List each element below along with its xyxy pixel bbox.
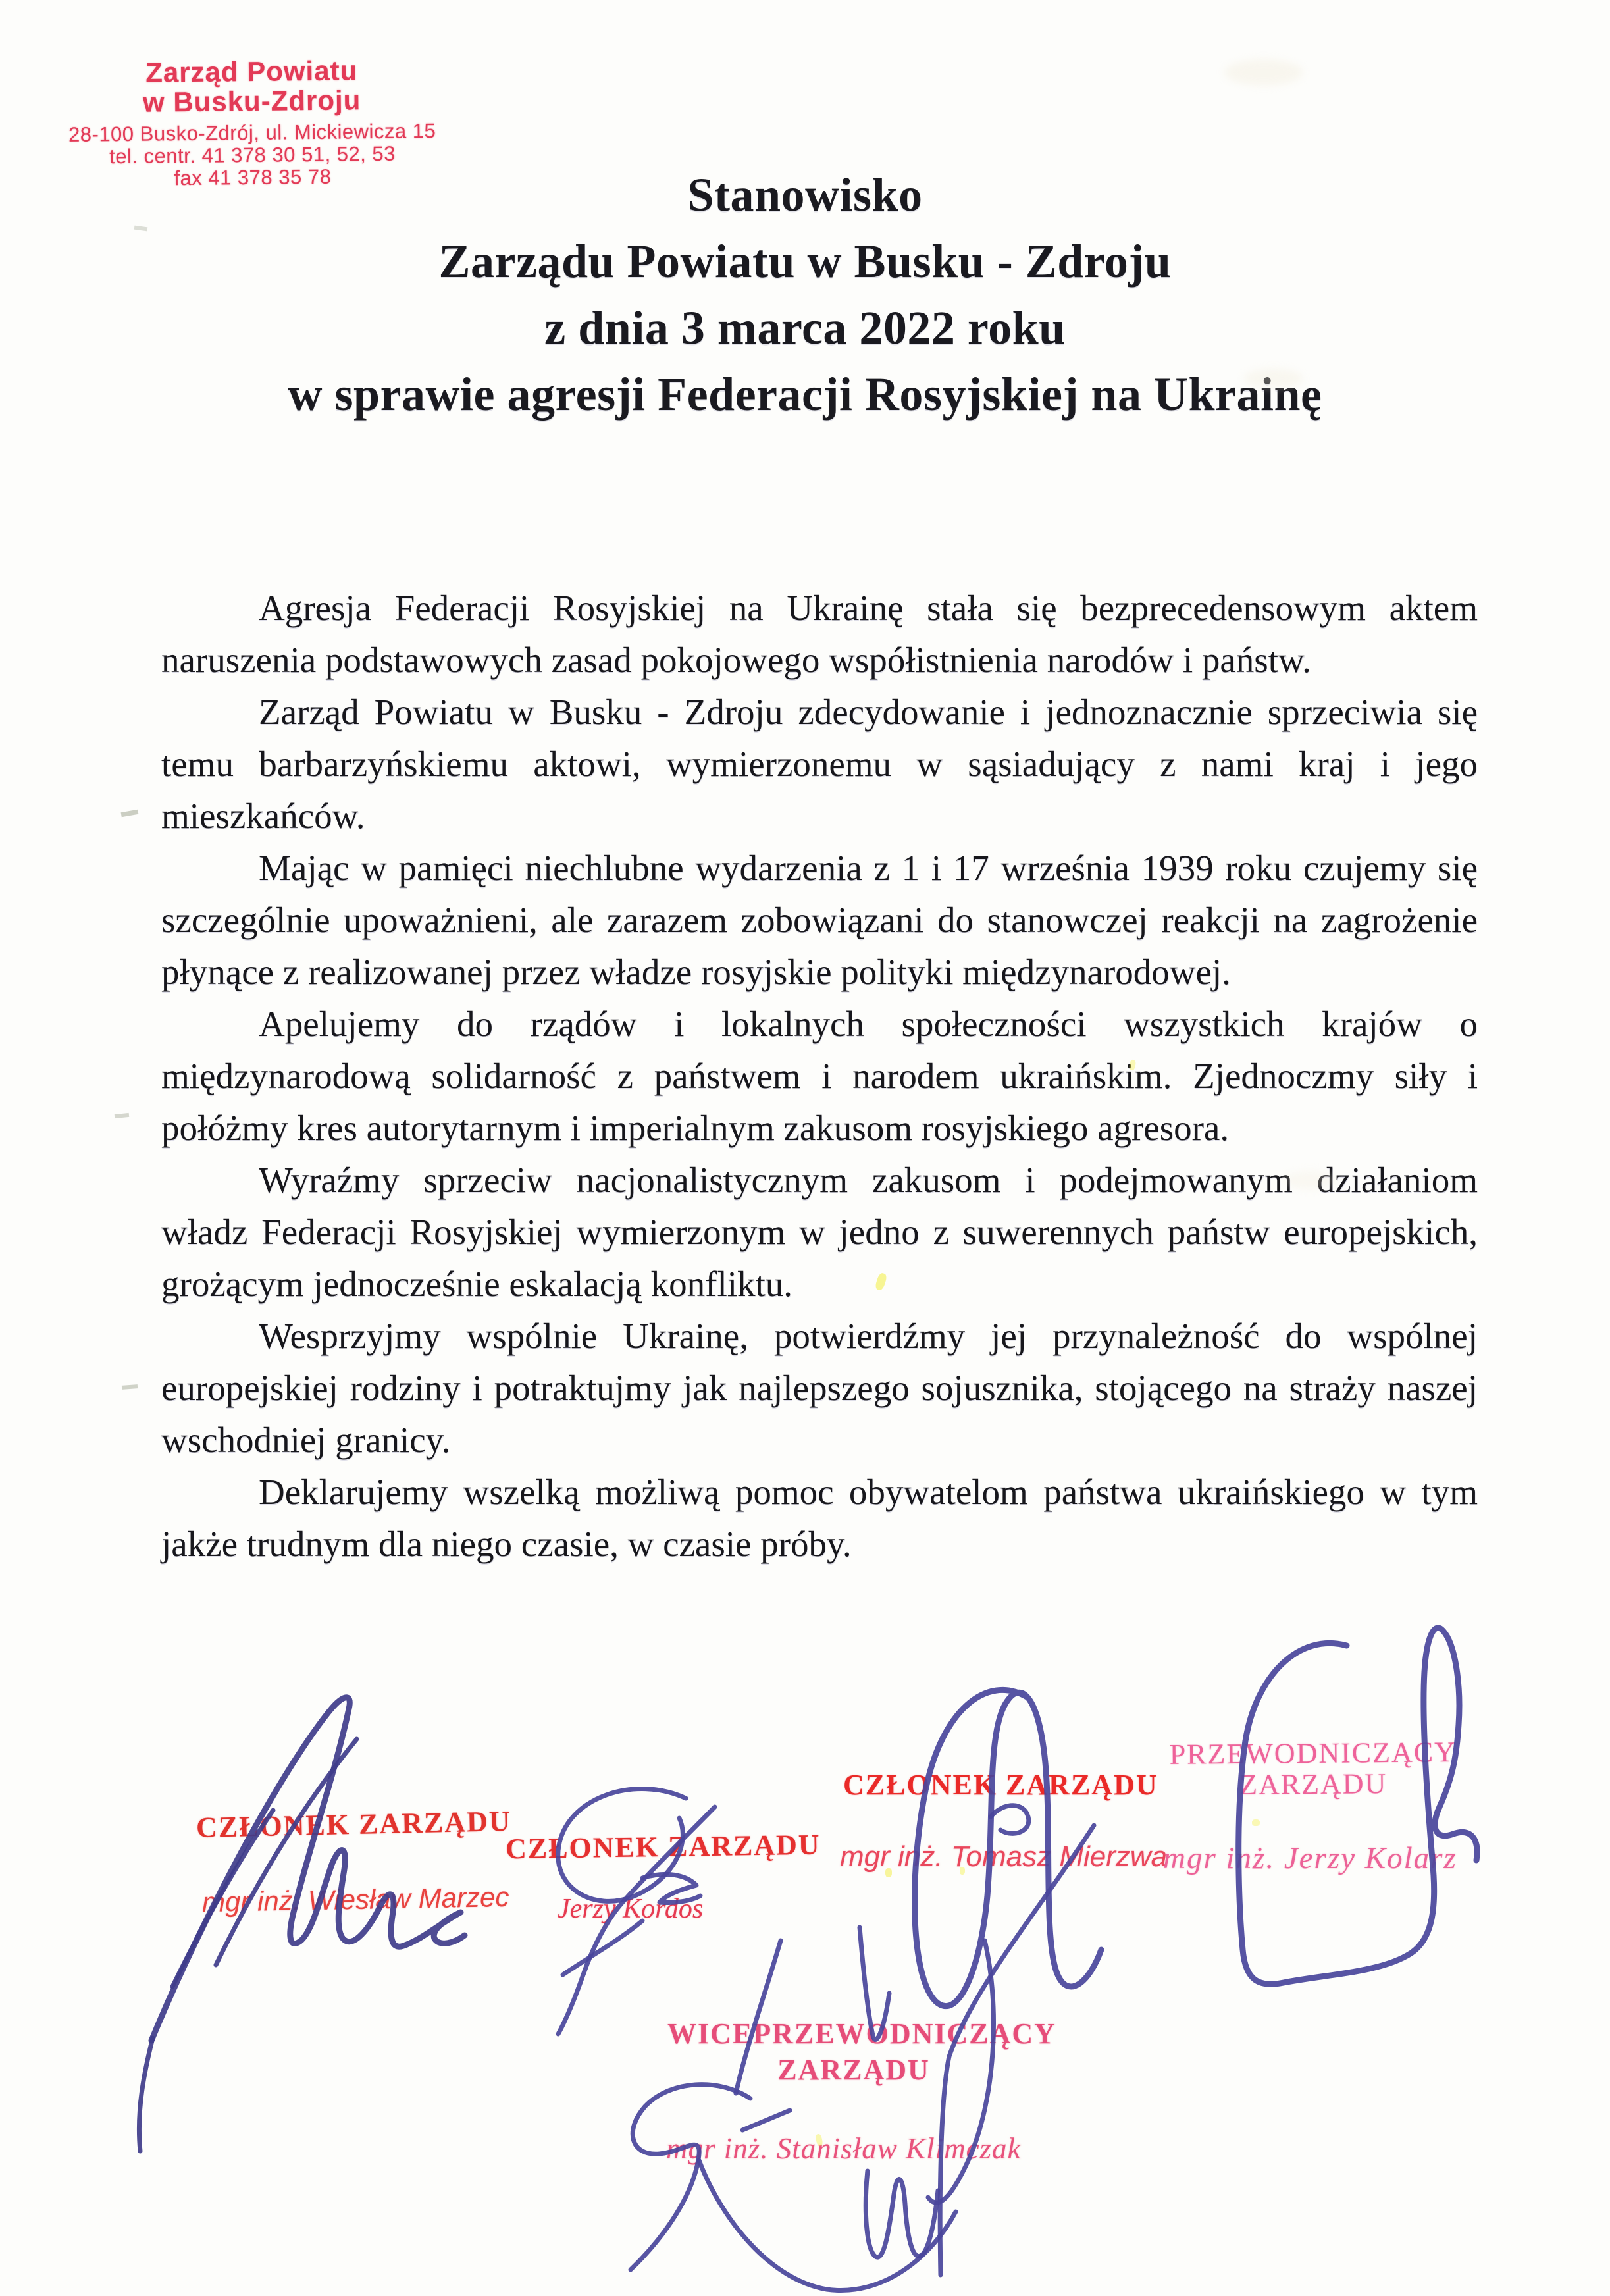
title-line-3: z dnia 3 marca 2022 roku [0, 295, 1610, 361]
body-paragraph: Wesprzyjmy wspólnie Ukrainę, potwierdźmy… [161, 1310, 1478, 1466]
body-paragraph: Agresja Federacji Rosyjskiej na Ukrainę … [161, 582, 1478, 686]
document-title: Stanowisko Zarządu Powiatu w Busku - Zdr… [0, 162, 1610, 428]
handwritten-signatures-overlay [0, 1580, 1610, 2296]
body-paragraph: Deklarujemy wszelką możliwą pomoc obywat… [161, 1466, 1478, 1570]
signature-handwriting-vice-chairman [631, 1941, 994, 2290]
document-body: Agresja Federacji Rosyjskiej na Ukrainę … [161, 582, 1478, 1570]
body-paragraph: Apelujemy do rządów i lokalnych społeczn… [161, 998, 1478, 1154]
scan-artifact [1224, 59, 1303, 86]
signature-handwriting-member-1 [139, 1698, 465, 2151]
title-line-4: w sprawie agresji Federacji Rosyjskiej n… [0, 361, 1610, 428]
signature-handwriting-member-3 [563, 1690, 1101, 2275]
stamp-org-name-line2: w Busku-Zdroju [65, 84, 438, 118]
body-paragraph: Mając w pamięci niechlubne wydarzenia z … [161, 842, 1478, 998]
title-line-1: Stanowisko [0, 162, 1610, 228]
scan-artifact [122, 1384, 138, 1390]
body-paragraph: Zarząd Powiatu w Busku - Zdroju zdecydow… [161, 686, 1478, 842]
signature-handwriting-member-2 [558, 1789, 715, 2034]
stamp-org-name-line1: Zarząd Powiatu [65, 55, 438, 88]
scan-artifact [115, 1113, 130, 1118]
scan-artifact [121, 810, 139, 817]
title-line-2: Zarządu Powiatu w Busku - Zdroju [0, 228, 1610, 295]
body-paragraph: Wyraźmy sprzeciw nacjonalistycznym zakus… [161, 1154, 1478, 1310]
scanned-document-page: Zarząd Powiatu w Busku-Zdroju 28-100 Bus… [0, 0, 1610, 2296]
signature-handwriting-chairman [1239, 1628, 1477, 1984]
